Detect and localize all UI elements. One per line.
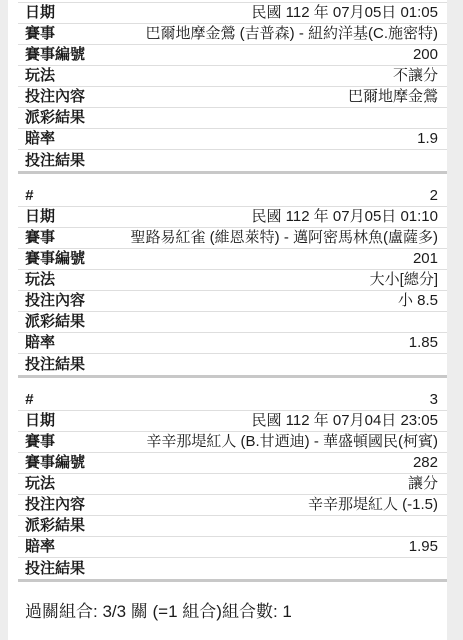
row-play: 玩法 大小[總分] bbox=[18, 270, 447, 291]
date-label: 日期 bbox=[25, 411, 55, 431]
row-payout-result: 派彩結果 bbox=[18, 312, 447, 333]
row-bet-result: 投注結果 bbox=[18, 150, 447, 171]
row-index: # 2 bbox=[18, 186, 447, 207]
event-no-label: 賽事編號 bbox=[25, 249, 85, 269]
play-value: 不讓分 bbox=[393, 66, 438, 86]
event-no-label: 賽事編號 bbox=[25, 453, 85, 473]
row-event-no: 賽事編號 201 bbox=[18, 249, 447, 270]
payout-result-label: 派彩結果 bbox=[25, 516, 85, 536]
row-bet-content: 投注內容 小 8.5 bbox=[18, 291, 447, 312]
row-event: 賽事 聖路易紅雀 (維恩萊特) - 邁阿密馬林魚(盧薩多) bbox=[18, 228, 447, 249]
row-bet-result: 投注結果 bbox=[18, 354, 447, 375]
index-label: # bbox=[25, 390, 33, 410]
odds-label: 賠率 bbox=[25, 537, 55, 557]
event-no-value: 282 bbox=[413, 453, 438, 473]
odds-value: 1.9 bbox=[417, 129, 438, 149]
bet-result-label: 投注結果 bbox=[25, 559, 85, 579]
event-no-value: 200 bbox=[413, 45, 438, 65]
event-label: 賽事 bbox=[25, 432, 55, 452]
play-label: 玩法 bbox=[25, 270, 55, 290]
row-event: 賽事 辛辛那堤紅人 (B.甘迺迪) - 華盛頓國民(柯賓) bbox=[18, 432, 447, 453]
odds-label: 賠率 bbox=[25, 333, 55, 353]
row-date: 日期 民國 112 年 07月04日 23:05 bbox=[18, 411, 447, 432]
bet-content-value: 小 8.5 bbox=[398, 291, 438, 311]
odds-label: 賠率 bbox=[25, 129, 55, 149]
row-play: 玩法 不讓分 bbox=[18, 66, 447, 87]
date-label: 日期 bbox=[25, 3, 55, 23]
event-no-value: 201 bbox=[413, 249, 438, 269]
date-value: 民國 112 年 07月05日 01:10 bbox=[252, 207, 439, 227]
bet-content-label: 投注內容 bbox=[25, 495, 85, 515]
play-value: 大小[總分] bbox=[370, 270, 438, 290]
row-bet-result: 投注結果 bbox=[18, 558, 447, 579]
event-value: 巴爾地摩金鶯 (吉普森) - 紐約洋基(C.施密特) bbox=[146, 24, 438, 44]
play-label: 玩法 bbox=[25, 474, 55, 494]
parlay-summary: 過關組合: 3/3 關 (=1 組合)組合數: 1 bbox=[18, 594, 447, 624]
row-payout-result: 派彩結果 bbox=[18, 516, 447, 537]
event-value: 辛辛那堤紅人 (B.甘迺迪) - 華盛頓國民(柯賓) bbox=[146, 432, 438, 452]
event-label: 賽事 bbox=[25, 24, 55, 44]
row-payout-result: 派彩結果 bbox=[18, 108, 447, 129]
date-value: 民國 112 年 07月04日 23:05 bbox=[252, 411, 439, 431]
row-date: 日期 民國 112 年 07月05日 01:10 bbox=[18, 207, 447, 228]
section-separator bbox=[18, 375, 447, 378]
play-label: 玩法 bbox=[25, 66, 55, 86]
event-label: 賽事 bbox=[25, 228, 55, 248]
odds-value: 1.95 bbox=[409, 537, 438, 557]
bet-content-value: 巴爾地摩金鶯 bbox=[348, 87, 438, 107]
index-value: 3 bbox=[430, 390, 438, 410]
bet-result-label: 投注結果 bbox=[25, 151, 85, 171]
bet-content-label: 投注內容 bbox=[25, 87, 85, 107]
bet-section-3: # 3 日期 民國 112 年 07月04日 23:05 賽事 辛辛那堤紅人 (… bbox=[8, 390, 447, 579]
row-odds: 賠率 1.95 bbox=[18, 537, 447, 558]
section-separator bbox=[18, 579, 447, 582]
row-bet-content: 投注內容 辛辛那堤紅人 (-1.5) bbox=[18, 495, 447, 516]
row-odds: 賠率 1.9 bbox=[18, 129, 447, 150]
index-value: 2 bbox=[430, 186, 438, 206]
bet-content-value: 辛辛那堤紅人 (-1.5) bbox=[308, 495, 438, 515]
row-index: # 3 bbox=[18, 390, 447, 411]
event-value: 聖路易紅雀 (維恩萊特) - 邁阿密馬林魚(盧薩多) bbox=[131, 228, 438, 248]
row-event: 賽事 巴爾地摩金鶯 (吉普森) - 紐約洋基(C.施密特) bbox=[18, 24, 447, 45]
payout-result-label: 派彩結果 bbox=[25, 108, 85, 128]
play-value: 讓分 bbox=[408, 474, 438, 494]
date-label: 日期 bbox=[25, 207, 55, 227]
bet-content-label: 投注內容 bbox=[25, 291, 85, 311]
row-play: 玩法 讓分 bbox=[18, 474, 447, 495]
date-value: 民國 112 年 07月05日 01:05 bbox=[252, 3, 439, 23]
row-event-no: 賽事編號 282 bbox=[18, 453, 447, 474]
bet-result-label: 投注結果 bbox=[25, 355, 85, 375]
event-no-label: 賽事編號 bbox=[25, 45, 85, 65]
bet-section-1: 日期 民國 112 年 07月05日 01:05 賽事 巴爾地摩金鶯 (吉普森)… bbox=[8, 3, 447, 171]
section-separator bbox=[18, 171, 447, 174]
row-event-no: 賽事編號 200 bbox=[18, 45, 447, 66]
row-bet-content: 投注內容 巴爾地摩金鶯 bbox=[18, 87, 447, 108]
odds-value: 1.85 bbox=[409, 333, 438, 353]
bet-details-card: 日期 民國 112 年 07月05日 01:05 賽事 巴爾地摩金鶯 (吉普森)… bbox=[8, 0, 447, 640]
row-odds: 賠率 1.85 bbox=[18, 333, 447, 354]
index-label: # bbox=[25, 186, 33, 206]
bet-section-2: # 2 日期 民國 112 年 07月05日 01:10 賽事 聖路易紅雀 (維… bbox=[8, 186, 447, 375]
payout-result-label: 派彩結果 bbox=[25, 312, 85, 332]
row-date: 日期 民國 112 年 07月05日 01:05 bbox=[18, 3, 447, 24]
